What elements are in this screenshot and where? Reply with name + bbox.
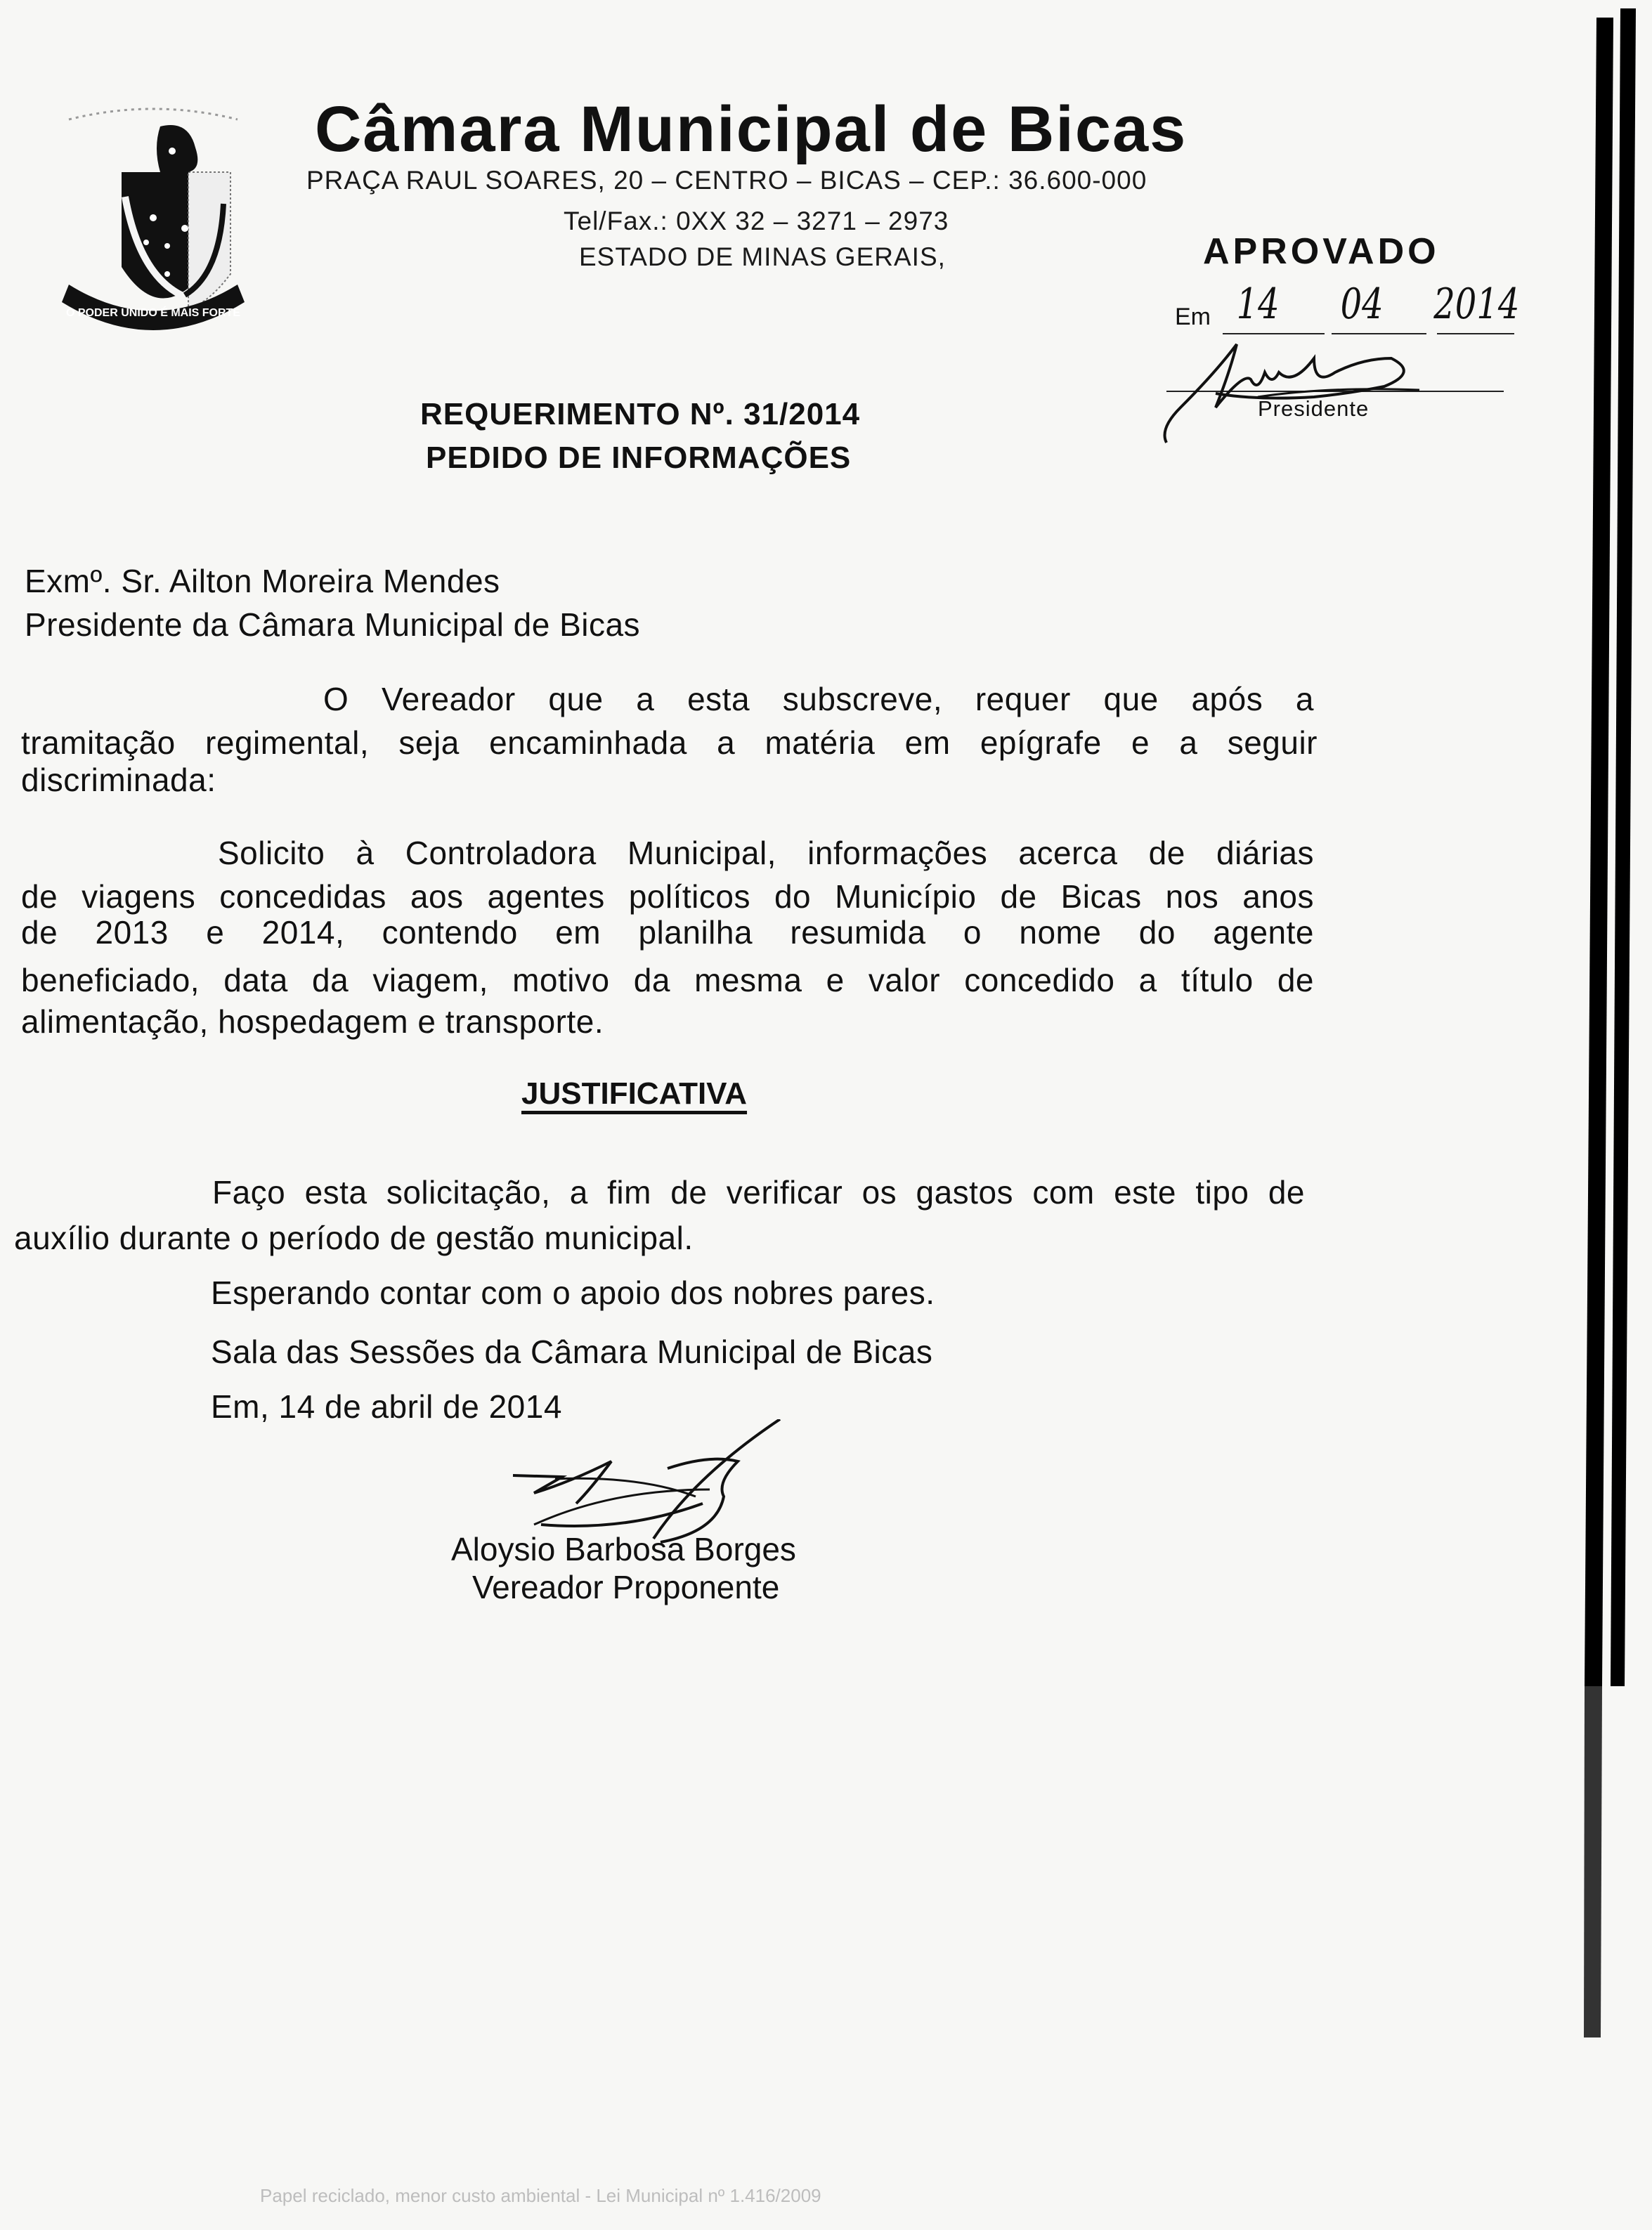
request-paragraph-line: de 2013 e 2014, contendo em planilha res… [21,913,1314,951]
request-paragraph-line: alimentação, hospedagem e transporte. [21,1003,604,1041]
intro-paragraph-line: discriminada: [21,761,216,799]
justification-paragraph-line: auxílio durante o período de gestão muni… [14,1219,694,1257]
justification-heading: JUSTIFICATIVA [521,1076,747,1111]
closing-line: Esperando contar com o apoio dos nobres … [211,1274,935,1312]
signer-role: Vereador Proponente [472,1568,779,1606]
president-label: Presidente [1258,396,1369,422]
approval-date-prefix: Em [1175,304,1211,331]
scan-binding-edge [1574,0,1652,2230]
request-paragraph-line: de viagens concedidas aos agentes políti… [21,878,1314,915]
coat-of-arms-icon: O PODER UNIDO É MAIS FORTE [55,105,252,330]
signer-name: Aloysio Barbosa Borges [451,1530,796,1568]
phone-line: Tel/Fax.: 0XX 32 – 3271 – 2973 [564,207,949,236]
document-subtitle: PEDIDO DE INFORMAÇÕES [426,441,851,476]
approval-year: 2014 [1433,280,1519,329]
organization-name: Câmara Municipal de Bicas [315,93,1187,167]
president-signature-icon [1152,330,1504,450]
request-paragraph-line: beneficiado, data da viagem, motivo da m… [21,961,1314,999]
addressee-name: Exmº. Sr. Ailton Moreira Mendes [25,562,500,600]
approval-month: 04 [1341,280,1384,329]
location-line: Sala das Sessões da Câmara Municipal de … [211,1333,932,1371]
addressee-role: Presidente da Câmara Municipal de Bicas [25,606,640,644]
state-line: ESTADO DE MINAS GERAIS, [579,242,946,272]
intro-paragraph-line: O Vereador que a esta subscreve, requer … [323,680,1314,718]
document-title: REQUERIMENTO Nº. 31/2014 [420,397,860,432]
recycled-paper-note: Papel reciclado, menor custo ambiental -… [260,2185,821,2207]
request-paragraph-line: Solicito à Controladora Municipal, infor… [218,834,1314,872]
svg-text:O PODER UNIDO É MAIS FORTE: O PODER UNIDO É MAIS FORTE [66,306,240,319]
approval-day: 14 [1237,280,1280,329]
address-line: PRAÇA RAUL SOARES, 20 – CENTRO – BICAS –… [306,166,1147,195]
approval-status: APROVADO [1203,230,1440,273]
intro-paragraph-line: tramitação regimental, seja encaminhada … [21,724,1318,762]
justification-paragraph-line: Faço esta solicitação, a fim de verifica… [212,1173,1305,1211]
